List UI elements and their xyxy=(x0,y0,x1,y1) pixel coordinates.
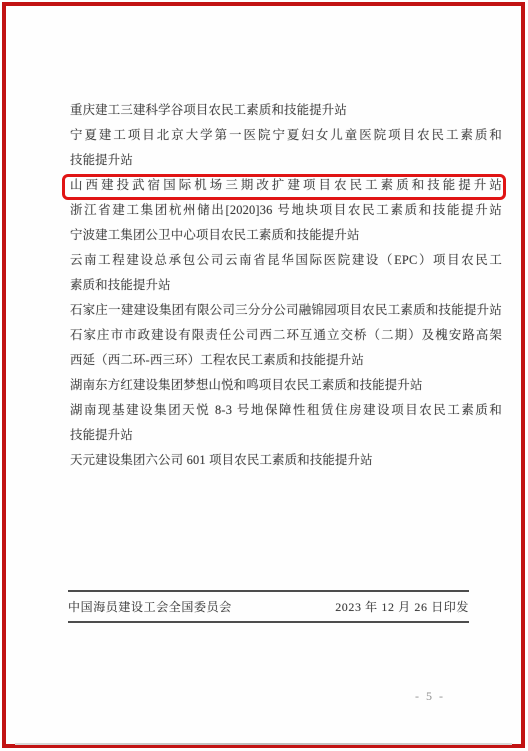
text-line: 天元建设集团六公司 601 项目农民工素质和技能提升站 xyxy=(70,448,502,473)
footer: 中国海员建设工会全国委员会 2023 年 12 月 26 日印发 xyxy=(68,590,469,623)
text-line: 石家庄一建建设集团有限公司三分分公司融锦园项目农民工素质和技能提升站 xyxy=(70,298,502,323)
text-line: 重庆建工三建科学谷项目农民工素质和技能提升站 xyxy=(70,98,502,123)
text-line: 宁夏建工项目北京大学第一医院宁夏妇女儿童医院项目农民工素质和 xyxy=(70,123,502,148)
highlighted-text-line: 山西建投武宿国际机场三期改扩建项目农民工素质和技能提升站 xyxy=(70,173,502,198)
text-line: 宁波建工集团公卫中心项目农民工素质和技能提升站 xyxy=(70,223,502,248)
footer-bottom-rule xyxy=(68,621,469,623)
footer-issuer: 中国海员建设工会全国委员会 xyxy=(68,598,232,615)
scan-shadow-line xyxy=(15,743,512,745)
text-line: 云南工程建设总承包公司云南省昆华国际医院建设（EPC）项目农民工 xyxy=(70,248,502,273)
footer-print-date: 2023 年 12 月 26 日印发 xyxy=(335,598,469,615)
text-line: 湖南东方红建设集团梦想山悦和鸣项目农民工素质和技能提升站 xyxy=(70,373,502,398)
text-line: 浙江省建工集团杭州储出[2020]36 号地块项目农民工素质和技能提升站 xyxy=(70,198,502,223)
text-line: 石家庄市市政建设有限责任公司西二环互通立交桥（二期）及槐安路高架 xyxy=(70,323,502,348)
document-lines: 重庆建工三建科学谷项目农民工素质和技能提升站宁夏建工项目北京大学第一医院宁夏妇女… xyxy=(70,98,502,473)
text-line: 技能提升站 xyxy=(70,423,502,448)
text-line: 西延（西二环-西三环）工程农民工素质和技能提升站 xyxy=(70,348,502,373)
scanned-page: 重庆建工三建科学谷项目农民工素质和技能提升站宁夏建工项目北京大学第一医院宁夏妇女… xyxy=(2,2,525,748)
text-line: 湖南现基建设集团天悦 8-3 号地保障性租赁住房建设项目农民工素质和 xyxy=(70,398,502,423)
text-line: 技能提升站 xyxy=(70,148,502,173)
page-number: - 5 - xyxy=(415,689,445,704)
text-line: 素质和技能提升站 xyxy=(70,273,502,298)
